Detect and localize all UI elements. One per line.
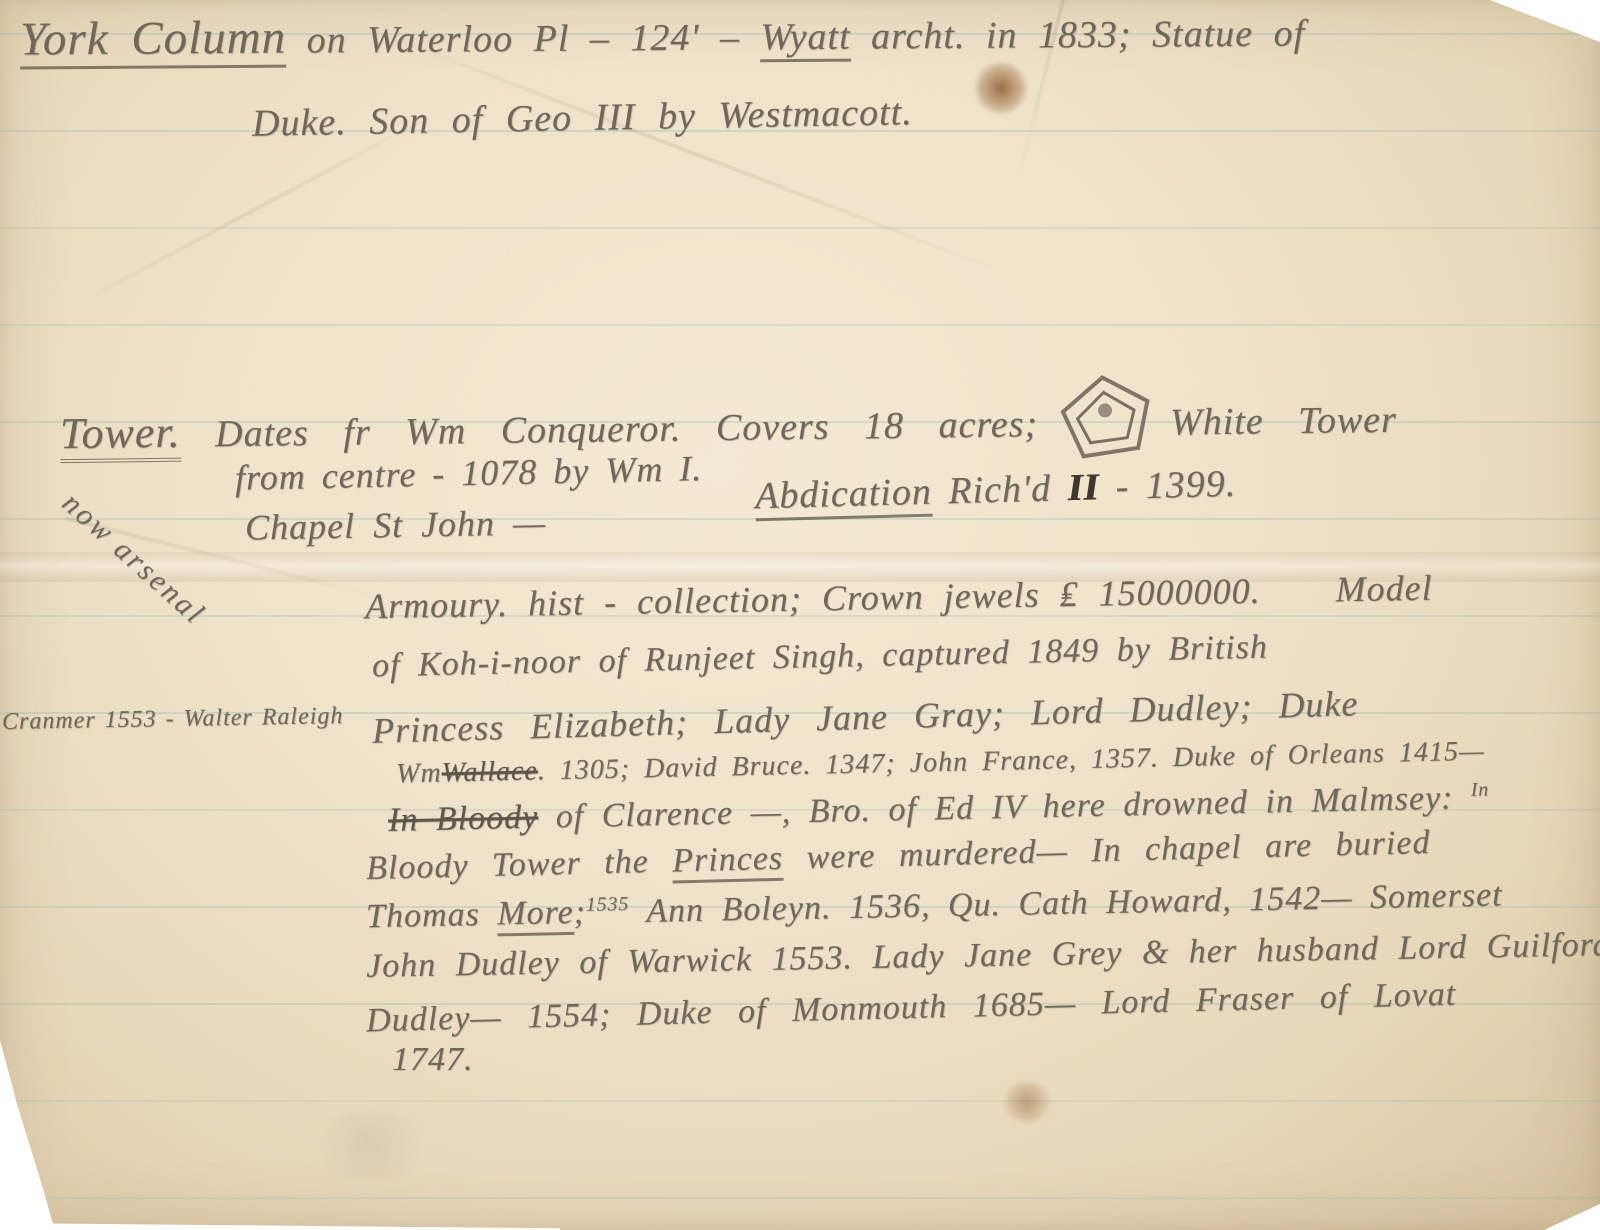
text-model: Model [1335, 568, 1433, 610]
text-1833: archt. in 1833; Statue of [871, 13, 1305, 58]
text-wm: Wm [396, 757, 442, 789]
text-thomas: Thomas [366, 896, 480, 935]
pencil-smudge [300, 1110, 440, 1180]
text-tower-dates: Dates fr Wm Conqueror. Covers 18 acres; [215, 403, 1038, 455]
text-bloody-tower: Bloody Tower the [366, 843, 649, 887]
title-tower: Tower. [60, 408, 181, 463]
ink-stain [972, 62, 1030, 114]
ink-stain [1002, 1082, 1052, 1122]
ruled-line [0, 324, 1600, 326]
text-1535-superscript: 1535 [586, 893, 630, 916]
handwriting-line-1747: 1747. [392, 1041, 474, 1079]
text-semicolon: ; [573, 894, 586, 931]
text-more: More [497, 894, 574, 936]
text-richd: Rich'd [948, 468, 1052, 513]
scanned-note-page: York Column on Waterloo Pl – 124' – Wyat… [0, 0, 1600, 1230]
title-york-column: York Column [20, 12, 286, 70]
ruled-line [0, 227, 1600, 229]
text-richard-ii: II [1067, 466, 1100, 509]
text-1399: - 1399. [1115, 463, 1237, 508]
handwriting-line-chapel: Chapel St John — [245, 501, 547, 548]
ruled-line [0, 1197, 1600, 1199]
text-wallace-struck: Wallace [441, 755, 538, 788]
text-jewels-amount: ₤ 15000000. [1059, 571, 1261, 615]
text-wyatt: Wyatt [760, 16, 850, 63]
ruled-line [0, 1100, 1600, 1102]
handwriting-line-york-column: York Column on Waterloo Pl – 124' – Wyat… [20, 4, 1305, 67]
text-white-tower: White Tower [1170, 399, 1397, 444]
text-carryover-in: In [1470, 778, 1489, 800]
text-waterloo: on Waterloo Pl – 124' – [306, 16, 740, 61]
pentagon-plan-sketch-icon [1052, 369, 1160, 475]
text-struck-in-bloody: In Bloody [388, 799, 539, 839]
text-princes: Princes [672, 840, 784, 884]
text-abdication: Abdication [755, 471, 933, 522]
